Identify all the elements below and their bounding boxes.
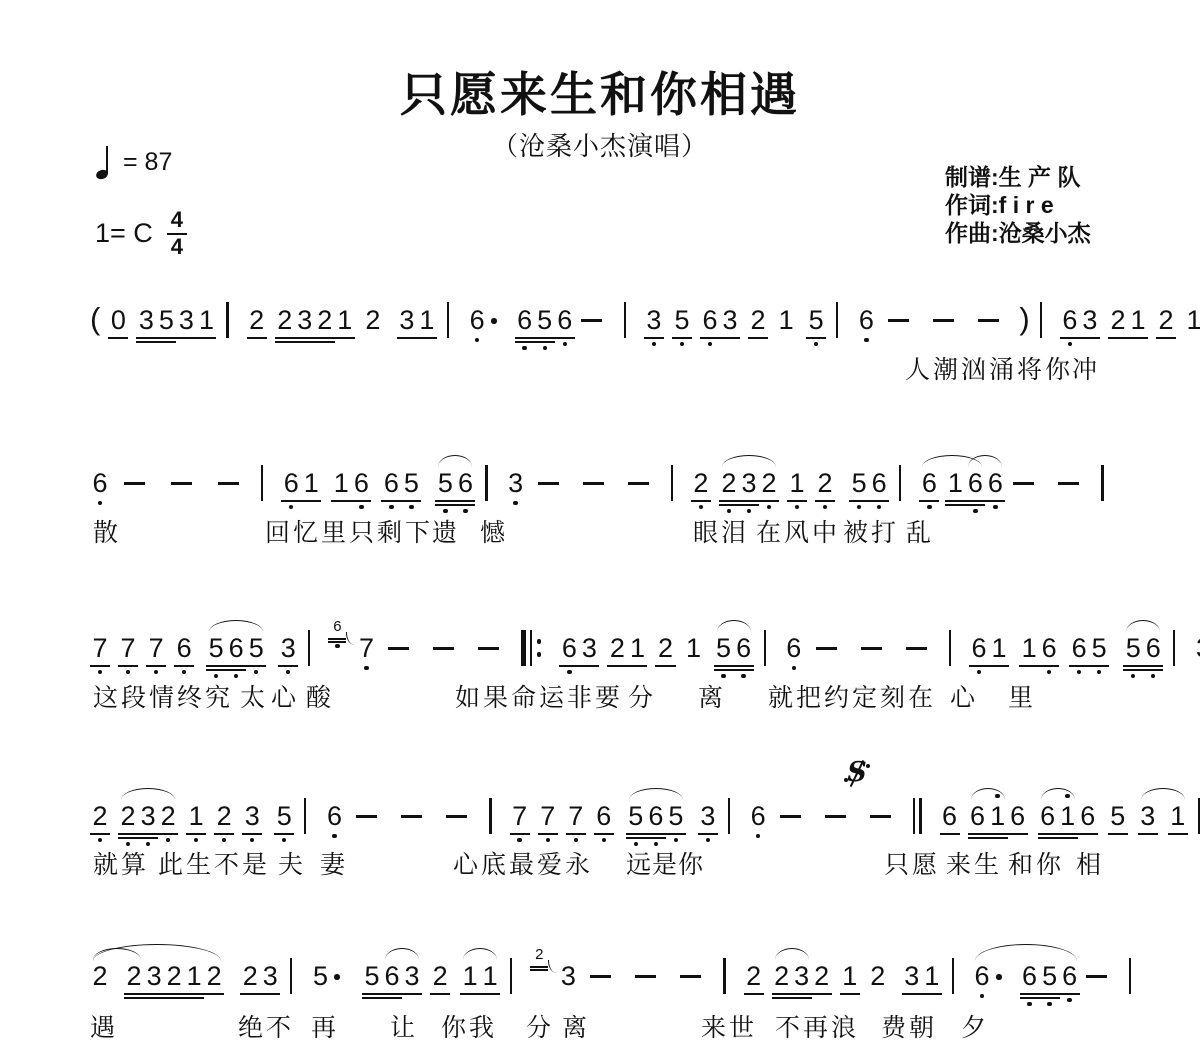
low-octave-dot xyxy=(1047,1002,1051,1006)
beam-underline xyxy=(607,665,627,667)
low-octave-dot xyxy=(389,505,393,509)
beam-underline xyxy=(719,500,739,502)
note: 2 xyxy=(164,961,184,991)
low-octave-dot xyxy=(1131,674,1135,678)
low-octave-dot xyxy=(513,501,517,505)
note: 2 xyxy=(363,305,383,335)
note-digit: 6 xyxy=(354,468,369,498)
note-digit: 6 xyxy=(1146,633,1161,663)
low-octave-dot xyxy=(1151,674,1155,678)
note-digit: 2 xyxy=(774,961,789,991)
note: 6 xyxy=(226,633,246,663)
low-octave-dot xyxy=(680,342,684,346)
barline xyxy=(836,302,838,338)
note-digit: 6 xyxy=(972,633,987,663)
note-digit: 3 xyxy=(245,801,260,831)
note: 7 xyxy=(118,633,138,663)
low-octave-dot xyxy=(359,505,363,509)
note-digit: 6 xyxy=(968,468,983,498)
low-octave-dot xyxy=(699,505,703,509)
note-digit: 5 xyxy=(249,633,264,663)
beam-underline xyxy=(136,337,156,339)
barline xyxy=(261,465,263,501)
beam-underline xyxy=(772,993,792,995)
note: 1 xyxy=(331,468,351,498)
beam-underline xyxy=(1058,833,1078,835)
note-digit: 5 xyxy=(628,801,643,831)
beam-underline xyxy=(1038,837,1058,839)
beam-underline xyxy=(275,337,295,339)
duration-dash xyxy=(816,647,837,650)
low-octave-dot xyxy=(973,509,977,513)
duration-dash xyxy=(538,482,559,485)
note-digit: 5 xyxy=(159,305,174,335)
low-octave-dot xyxy=(332,834,336,838)
beam-underline xyxy=(315,341,335,343)
note-digit: 0 xyxy=(111,305,126,335)
note: 6 xyxy=(324,801,344,831)
note: 7 xyxy=(510,801,530,831)
beam-underline xyxy=(204,993,224,995)
note-digit: 6 xyxy=(859,305,874,335)
note: 1 xyxy=(627,633,647,663)
note-digit: 2 xyxy=(167,961,182,991)
beam-underline xyxy=(397,337,417,339)
note: 7 xyxy=(146,633,166,663)
note-digit: 2 xyxy=(207,961,222,991)
note-digit: 2 xyxy=(277,305,292,335)
beam-underline xyxy=(815,500,835,502)
note-digit: 6 xyxy=(702,305,717,335)
beam-underline xyxy=(156,337,176,339)
music-line-5: 22321223556321123223212316656 xyxy=(90,961,1141,994)
note: 3 xyxy=(579,633,599,663)
time-signature: 4 4 xyxy=(167,208,187,259)
note-digit: 6 xyxy=(229,633,244,663)
slur-arc xyxy=(385,948,419,960)
note-digit: 2 xyxy=(217,801,232,831)
note-digit: 5 xyxy=(1110,801,1125,831)
note-digit: 3 xyxy=(297,305,312,335)
key-signature: 1= C 4 4 xyxy=(95,208,187,259)
beam-underline xyxy=(138,837,158,839)
note-digit: 3 xyxy=(561,961,576,991)
note: 3 xyxy=(558,961,578,991)
note: 3 xyxy=(138,801,158,831)
low-octave-dot xyxy=(1077,670,1081,674)
duration-dash xyxy=(906,647,927,650)
note: 5 xyxy=(672,305,692,335)
note: 3 xyxy=(136,305,156,335)
note-digit: 2 xyxy=(721,468,736,498)
note: 5 xyxy=(310,961,330,991)
note-digit: 1 xyxy=(924,961,939,991)
note-digit: 1 xyxy=(304,468,319,498)
note: 6 xyxy=(351,468,371,498)
beam-underline xyxy=(691,500,711,502)
beam-underline xyxy=(945,504,965,506)
note: 6 xyxy=(1020,961,1040,991)
low-octave-dot xyxy=(708,342,712,346)
beam-underline xyxy=(1039,665,1059,667)
duration-dash xyxy=(825,815,846,818)
low-octave-dot xyxy=(993,505,997,509)
note: 2 xyxy=(204,961,224,991)
beam-underline xyxy=(1138,833,1158,835)
note-digit: 7 xyxy=(121,633,136,663)
beam-underline xyxy=(1108,833,1128,835)
beam-underline xyxy=(530,966,548,968)
note-digit: 6 xyxy=(988,468,1003,498)
note-digit: 6 xyxy=(1042,633,1057,663)
low-octave-dot xyxy=(543,346,547,350)
beam-underline xyxy=(969,665,989,667)
lyric: 憾 xyxy=(480,513,508,549)
low-octave-dot xyxy=(335,644,339,648)
slur-arc xyxy=(971,788,1005,800)
note: 5 xyxy=(246,633,266,663)
beam-underline xyxy=(985,500,1005,502)
note: 1 xyxy=(301,468,321,498)
duration-dash xyxy=(388,647,409,650)
beam-underline xyxy=(510,833,530,835)
low-octave-dot xyxy=(98,670,102,674)
low-octave-dot xyxy=(792,666,796,670)
note-digit: 7 xyxy=(540,801,555,831)
note: 1 xyxy=(1128,305,1148,335)
low-octave-dot xyxy=(409,505,413,509)
note: 1 xyxy=(684,633,704,663)
note: 1 xyxy=(989,633,1009,663)
note: 5 xyxy=(806,305,826,335)
note: 3 xyxy=(144,961,164,991)
barline xyxy=(1129,958,1131,994)
note: 3 xyxy=(1080,305,1100,335)
note: 6 xyxy=(734,633,754,663)
lyric: 人潮汹涌将你 xyxy=(905,350,1073,386)
note: 6 xyxy=(985,468,1005,498)
note-digit: 2 xyxy=(1159,305,1174,335)
note: 6 xyxy=(174,633,194,663)
lyric: 如果命运非要 xyxy=(455,678,623,714)
note: 5 xyxy=(849,468,869,498)
beam-underline xyxy=(335,337,355,339)
note-digit: 7 xyxy=(568,801,583,831)
parenthesis: ( xyxy=(90,303,100,334)
note: 2 xyxy=(868,961,888,991)
lyric: 你我 xyxy=(441,1008,497,1044)
note-digit: 2 xyxy=(761,468,776,498)
low-octave-dot xyxy=(864,338,868,342)
lyric: 相 xyxy=(1076,845,1104,881)
time-signature-bottom: 4 xyxy=(171,235,183,260)
song-subtitle: （沧桑小杰演唱） xyxy=(0,126,1200,163)
note: 5 xyxy=(1089,633,1109,663)
parenthesis: ) xyxy=(1019,303,1029,334)
barline xyxy=(308,630,310,666)
beam-underline xyxy=(351,500,371,502)
note: 7 xyxy=(538,801,558,831)
low-octave-dot xyxy=(741,674,745,678)
beam-underline xyxy=(1143,669,1163,671)
note: 3 xyxy=(739,468,759,498)
duration-dash xyxy=(870,815,891,818)
note: 3 xyxy=(644,305,664,335)
lyric: 和你 xyxy=(1008,845,1064,881)
low-octave-dot xyxy=(674,838,678,842)
note: 2 xyxy=(430,961,450,991)
note-digit: 5 xyxy=(668,801,683,831)
note-digit: 2 xyxy=(746,961,761,991)
barline xyxy=(290,958,292,994)
lyric: 被打 xyxy=(843,513,899,549)
note-digit: 3 xyxy=(508,468,523,498)
beam-underline xyxy=(919,500,939,502)
low-octave-dot xyxy=(1097,670,1101,674)
slur-arc xyxy=(968,455,1002,467)
duration-dash xyxy=(478,647,499,650)
note: 3 xyxy=(402,961,422,991)
beam-underline xyxy=(362,993,382,995)
slur-arc xyxy=(717,620,751,632)
lyric: 离 xyxy=(562,1008,590,1044)
beam-underline xyxy=(945,500,965,502)
lyric: 夕 xyxy=(961,1008,989,1044)
note-digit: 5 xyxy=(537,305,552,335)
beam-underline xyxy=(226,665,246,667)
lyric: 在风中 xyxy=(756,513,840,549)
slur-arc xyxy=(775,948,809,960)
note: 2 xyxy=(158,801,178,831)
note: 5 xyxy=(206,633,226,663)
low-octave-dot xyxy=(567,670,571,674)
note: 3 xyxy=(720,305,740,335)
note: 3 xyxy=(278,633,298,663)
lyric: 散 xyxy=(93,513,121,549)
note-digit: 3 xyxy=(723,305,738,335)
beam-underline xyxy=(382,993,402,995)
note-digit: 6 xyxy=(1080,801,1095,831)
note-digit: 2 xyxy=(365,305,380,335)
note: 6 xyxy=(748,801,768,831)
note-digit: 6 xyxy=(648,801,663,831)
barline xyxy=(304,798,306,834)
beam-underline xyxy=(515,341,535,343)
low-octave-dot xyxy=(756,834,760,838)
beam-underline xyxy=(1060,993,1080,995)
note-digit: 1 xyxy=(1060,801,1075,831)
slur-arc xyxy=(1041,788,1075,800)
duration-dash xyxy=(218,482,239,485)
low-octave-dot xyxy=(857,505,861,509)
note: 1 xyxy=(335,305,355,335)
note-digit: 3 xyxy=(904,961,919,991)
beam-underline xyxy=(206,669,226,671)
note-digit: 2 xyxy=(693,468,708,498)
note-digit: 6 xyxy=(736,633,751,663)
note-digit: 5 xyxy=(1042,961,1057,991)
note: 1 xyxy=(186,801,206,831)
low-octave-dot xyxy=(522,346,526,350)
note-digit: 6 xyxy=(1040,801,1055,831)
low-octave-dot xyxy=(182,670,186,674)
sheet-music-page: 只愿来生和你相遇 （沧桑小杰演唱） = 87 1= C 4 4 制谱:生 产 队… xyxy=(0,0,1200,1062)
note: 2 xyxy=(815,468,835,498)
note-digit: 6 xyxy=(557,305,572,335)
beam-underline xyxy=(184,997,204,999)
note-digit: 7 xyxy=(93,633,108,663)
beam-underline xyxy=(940,833,960,835)
beam-underline xyxy=(644,337,664,339)
beam-underline xyxy=(242,833,262,835)
beam-underline xyxy=(206,665,226,667)
note-digit: 1 xyxy=(463,961,478,991)
lyric: 妻 xyxy=(320,845,348,881)
slur-arc xyxy=(1126,620,1160,632)
lyric: 遇 xyxy=(90,1008,118,1044)
beam-underline xyxy=(1069,665,1089,667)
note-digit: 6 xyxy=(384,468,399,498)
duration-dash xyxy=(978,319,999,322)
note-digit: 2 xyxy=(870,961,885,991)
beam-underline xyxy=(1080,337,1100,339)
grace-note: 2 xyxy=(530,947,548,965)
note-digit: 2 xyxy=(610,633,625,663)
note: 6 xyxy=(281,468,301,498)
note-digit: 1 xyxy=(189,801,204,831)
lyric: 费朝 xyxy=(881,1008,937,1044)
note-digit: 5 xyxy=(277,801,292,831)
beam-underline xyxy=(579,665,599,667)
beam-underline xyxy=(240,993,260,995)
beam-underline xyxy=(627,665,647,667)
beam-underline xyxy=(535,337,555,339)
note: 6 xyxy=(90,468,110,498)
beam-underline xyxy=(594,833,614,835)
low-octave-dot xyxy=(286,670,290,674)
low-octave-dot xyxy=(282,838,286,842)
barline xyxy=(1101,465,1103,501)
note: 2 xyxy=(90,801,110,831)
note: 3 xyxy=(242,801,262,831)
beam-underline xyxy=(430,993,450,995)
duration-dash xyxy=(1086,975,1107,978)
low-octave-dot xyxy=(194,838,198,842)
beam-underline xyxy=(1156,337,1176,339)
beam-underline xyxy=(381,500,401,502)
note: 5 xyxy=(1040,961,1060,991)
lyric: 心 xyxy=(271,678,299,714)
barline xyxy=(671,465,673,501)
low-octave-dot xyxy=(814,342,818,346)
lyric: 远 xyxy=(626,845,654,881)
beam-underline xyxy=(734,665,754,667)
note-digit: 2 xyxy=(93,801,108,831)
beam-underline xyxy=(331,500,351,502)
lyric: 分 xyxy=(526,1008,554,1044)
music-line-1: (0353122321231665635632156)63212156 xyxy=(90,305,1200,338)
credit-arranger: 制谱:生 产 队 xyxy=(945,163,1091,191)
low-octave-dot xyxy=(517,838,521,842)
note: 6 xyxy=(381,468,401,498)
note-digit: 3 xyxy=(1140,801,1155,831)
slur-arc xyxy=(722,455,776,467)
note: 6 xyxy=(646,801,666,831)
note-digit: 5 xyxy=(1126,633,1141,663)
slur-arc xyxy=(463,948,497,960)
beam-underline xyxy=(566,833,586,835)
lyric: 这段情终究 xyxy=(93,678,233,714)
low-octave-dot xyxy=(364,666,368,670)
key-label: 1= C xyxy=(95,218,153,249)
note-digit: 3 xyxy=(1196,633,1200,663)
beam-underline xyxy=(1168,833,1188,835)
note: 6 xyxy=(700,305,720,335)
note-digit: 7 xyxy=(359,633,374,663)
note: 7 xyxy=(356,633,376,663)
note-digit: 6 xyxy=(517,305,532,335)
note: 2 xyxy=(748,305,768,335)
note: 6 xyxy=(515,305,535,335)
note: 2 xyxy=(655,633,675,663)
low-octave-dot xyxy=(927,505,931,509)
note-digit: 1 xyxy=(199,305,214,335)
beam-underline xyxy=(1008,833,1028,835)
note-digit: 1 xyxy=(337,305,352,335)
beam-underline xyxy=(1020,997,1040,999)
note-digit: 1 xyxy=(842,961,857,991)
note-digit: 2 xyxy=(249,305,264,335)
note: 5 xyxy=(1108,801,1128,831)
note-digit: 5 xyxy=(438,468,453,498)
note: 6 xyxy=(1060,305,1080,335)
augmentation-dot xyxy=(996,974,1002,980)
beam-underline xyxy=(792,997,812,999)
low-octave-dot xyxy=(250,838,254,842)
beam-underline xyxy=(1038,833,1058,835)
beam-underline xyxy=(1060,337,1080,339)
note-digit: 6 xyxy=(872,468,887,498)
beam-underline xyxy=(965,500,985,502)
note-digit: 5 xyxy=(852,468,867,498)
note: 1 xyxy=(988,801,1008,831)
note-digit: 6 xyxy=(284,468,299,498)
duration-dash xyxy=(124,482,145,485)
duration-dash xyxy=(171,482,192,485)
note-digit: 3 xyxy=(741,468,756,498)
note: 5 xyxy=(666,801,686,831)
note: 2 xyxy=(691,468,711,498)
low-octave-dot xyxy=(1067,998,1071,1002)
lyric: 分 xyxy=(628,678,656,714)
beam-underline xyxy=(480,993,500,995)
note-digit: 1 xyxy=(686,633,701,663)
note-digit: 3 xyxy=(582,633,597,663)
note-digit: 5 xyxy=(313,961,328,991)
beam-underline xyxy=(515,337,535,339)
note-digit: 6 xyxy=(1062,961,1077,991)
note: 6 xyxy=(1060,961,1080,991)
beam-underline xyxy=(1020,993,1040,995)
beam-underline xyxy=(538,833,558,835)
beam-underline xyxy=(274,833,294,835)
note-digit: 3 xyxy=(281,633,296,663)
note-digit: 1 xyxy=(1187,305,1200,335)
beam-underline xyxy=(1040,993,1060,995)
beam-underline xyxy=(739,500,759,502)
duration-dash xyxy=(583,482,604,485)
note-digit: 2 xyxy=(121,801,136,831)
